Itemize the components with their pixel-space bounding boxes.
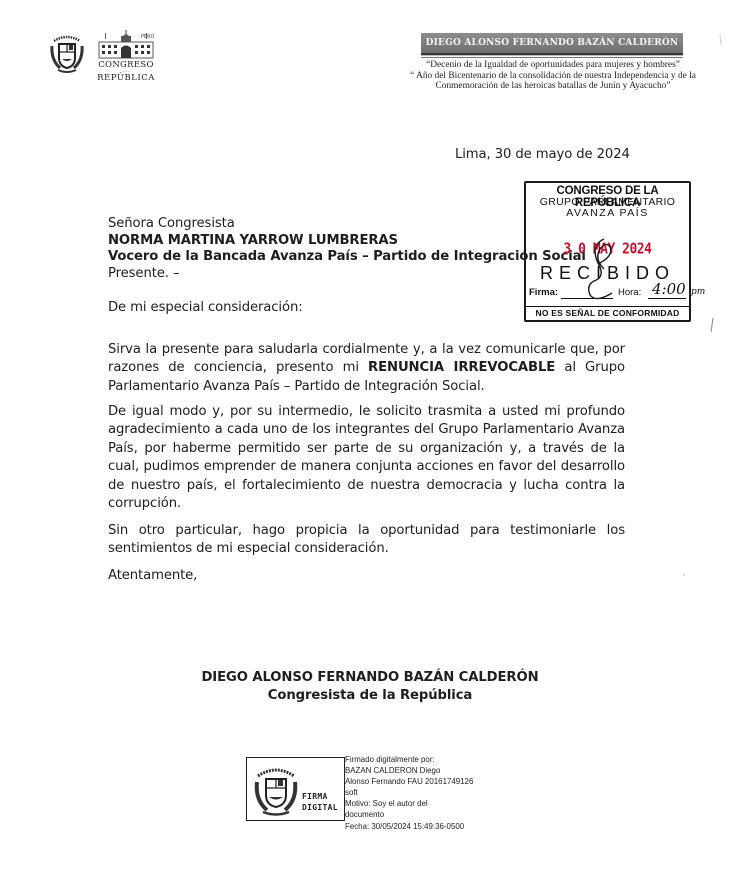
recipient-presente: Presente. – [108, 266, 586, 283]
recipient-salutation: Señora Congresista [108, 216, 586, 233]
sender-name-banner: DIEGO ALONSO FERNANDO BAZÁN CALDERÓN [421, 33, 683, 55]
recipient-block: Señora Congresista NORMA MARTINA YARROW … [108, 216, 586, 282]
greeting: De mi especial consideración: [108, 300, 303, 315]
digital-signature-details: Firmado digitalmente por: BAZAN CALDERON… [345, 754, 473, 832]
peru-coat-of-arms-icon [253, 764, 299, 816]
stamp-footer: NO ES SEÑAL DE CONFORMIDAD [526, 306, 689, 320]
stamp-hour: 4:00 [652, 280, 686, 298]
congreso-logo-line2: REPÚBLICA [94, 73, 158, 83]
reception-stamp: CONGRESO DE LA REPÚBLICA GRUPO PARLAMENT… [524, 181, 691, 322]
recipient-name: NORMA MARTINA YARROW LUMBRERAS [108, 233, 586, 250]
handwritten-signature-icon [582, 235, 622, 305]
signatory-name: DIEGO ALONSO FERNANDO BAZÁN CALDERÓN [0, 670, 740, 685]
congress-building-icon: PERÚ [97, 30, 155, 60]
year-denomination: “Decenio de la Igualdad de oportunidades… [388, 60, 718, 92]
congreso-logo: PERÚ CONGRESO ——— REPÚBLICA [94, 30, 158, 88]
peru-coat-of-arms-icon [50, 32, 84, 74]
paragraph-thanks: De igual modo y, por su intermedio, le s… [108, 403, 625, 513]
digital-signature-badge: FIRMA DIGITAL [246, 757, 345, 821]
paragraph-resignation: Sirva la presente para saludarla cordial… [108, 341, 625, 396]
letter-date: Lima, 30 de mayo de 2024 [455, 147, 630, 162]
closing: Atentamente, [108, 568, 197, 583]
banner-divider [421, 57, 683, 58]
paragraph-closing: Sin otro particular, hago propicia la op… [108, 522, 625, 559]
svg-text:PERÚ: PERÚ [141, 33, 155, 40]
signatory-role: Congresista de la República [0, 688, 740, 703]
resignation-emphasis: RENUNCIA IRREVOCABLE [368, 360, 555, 375]
recipient-position: Vocero de la Bancada Avanza País – Parti… [108, 249, 586, 266]
